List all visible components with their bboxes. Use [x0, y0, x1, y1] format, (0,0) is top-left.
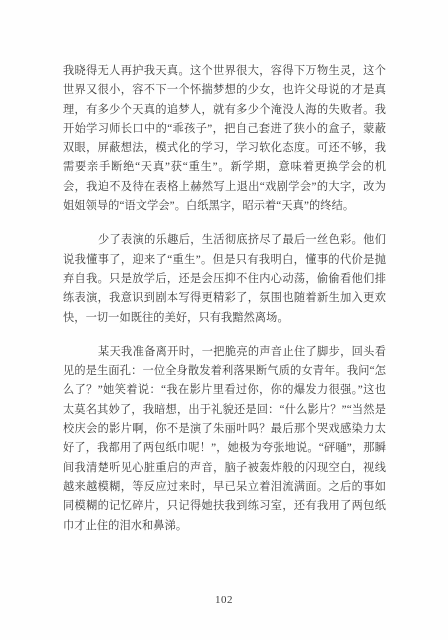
page-number: 102: [0, 594, 448, 606]
body-paragraph: 某天我准备离开时，一把脆亮的声音止住了脚步，回头看见的是生面孔：一位全身散发着利…: [63, 343, 386, 536]
body-paragraph: 少了表演的乐趣后，生活彻底挤尽了最后一丝色彩。他们说我懂事了，迎来了“重生”。但…: [63, 231, 386, 327]
text-block: 我晓得无人再护我天真。这个世界很大，容得下万物生灵，这个世界又很小，容不下一个怀…: [63, 62, 386, 536]
body-paragraph: 我晓得无人再护我天真。这个世界很大，容得下万物生灵，这个世界又很小，容不下一个怀…: [63, 62, 386, 216]
document-page: 我晓得无人再护我天真。这个世界很大，容得下万物生灵，这个世界又很小，容不下一个怀…: [0, 0, 448, 640]
